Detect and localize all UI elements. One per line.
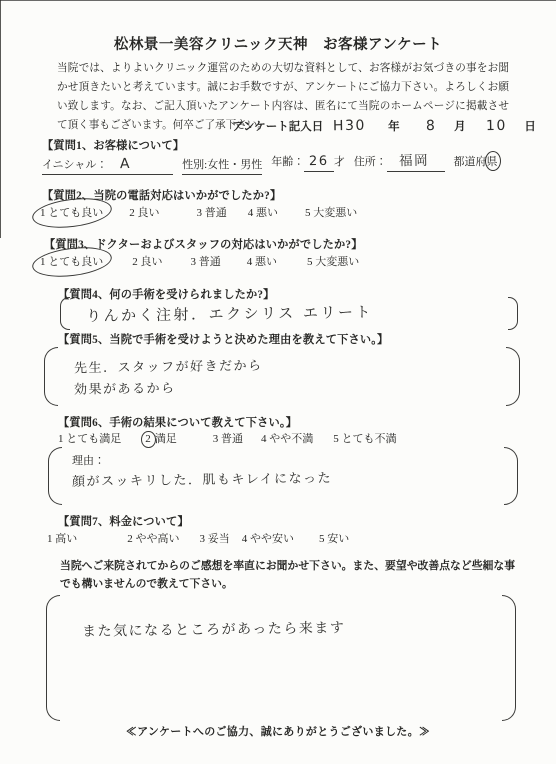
q6-option-2-label: 満足 <box>155 433 177 445</box>
survey-sheet: 松林景一美容クリニック天神 お客様アンケート 当院では、よりよいクリニック運営の… <box>0 0 556 764</box>
q4-answer-box: りんかく注射．エクシリス エリート <box>60 297 518 330</box>
q3-option-3: 3 普通 <box>191 253 221 269</box>
date-month-handwriting: 8 <box>426 118 437 134</box>
q4-answer-handwriting: りんかく注射．エクシリス エリート <box>86 301 373 326</box>
q5-answer-line2-handwriting: 効果があるから <box>74 377 176 397</box>
q6-options: 1 とても満足 2満足 3 普通 4 やや不満 5 とても不満 <box>58 430 397 446</box>
q5-answer-box: 先生．スタッフが好きだから 効果があるから <box>44 347 520 406</box>
q1-fields-row: イニシャル： A 性別:女性・男性 年齢：26才 住所：福岡 都道府県 <box>42 149 498 175</box>
q6-heading: 【質問6、手術の結果について教えて下さい。】 <box>58 414 297 430</box>
q2-option-4: 4 悪い <box>248 204 278 220</box>
address-label: 住所： <box>354 156 387 168</box>
age-field: 年齢：26才 <box>271 153 345 175</box>
q6-reason-label: 理由： <box>72 452 105 468</box>
left-paren <box>60 297 70 330</box>
q3-option-2: 2 良い <box>132 253 162 269</box>
q2-option-2: 2 良い <box>129 204 159 220</box>
q3-option-4: 4 悪い <box>247 253 277 269</box>
q7-heading: 【質問7、料金について】 <box>58 513 189 529</box>
feedback-prompt: 当院へご来院されてからのご感想を率直にお聞かせ下さい。また、要望や改善点など些細… <box>60 558 515 594</box>
date-day-unit: 日 <box>524 118 536 134</box>
gender-label: 性別:女性・男性 <box>182 159 262 171</box>
q7-option-2: 2 やや高い <box>127 530 179 546</box>
q5-heading: 【質問5、当院で手術を受けようと決めた理由を教えて下さい。】 <box>58 331 388 347</box>
date-month-unit: 月 <box>454 118 466 134</box>
q7-option-3: 3 妥当 <box>200 530 230 546</box>
left-paren <box>46 595 60 721</box>
q6-reason-box: 理由： 顔がスッキリした．肌もキレイになった <box>48 447 518 505</box>
q3-option-1-label: 1 とても良い <box>40 256 103 268</box>
date-label: アンケート記入日 <box>232 118 323 134</box>
q6-option-1: 1 とても満足 <box>58 430 121 446</box>
initial-field: イニシャル： A <box>42 156 173 175</box>
q2-options: 1 とても良い 2 良い 3 普通 4 悪い 5 大変悪い <box>40 204 357 220</box>
closing-text: ≪アンケートへのご協力、誠にありがとうございました。≫ <box>0 723 556 739</box>
page-title: 松林景一美容クリニック天神 お客様アンケート <box>0 33 556 54</box>
q6-circled-number: 2 <box>145 433 151 445</box>
q2-option-1-label: 1 とても良い <box>40 207 103 219</box>
q7-option-5: 5 安い <box>319 530 349 546</box>
address-field: 住所：福岡 都道府県 <box>354 149 498 175</box>
initial-handwriting: A <box>120 156 131 172</box>
date-line: アンケート記入日 H30 年 8 月 10 日 <box>232 118 536 134</box>
q6-option-4: 4 やや不満 <box>261 430 313 446</box>
q5-answer-line1-handwriting: 先生．スタッフが好きだから <box>74 355 263 377</box>
age-handwriting: 26 <box>309 154 329 169</box>
address-handwriting: 福岡 <box>399 149 429 169</box>
q6-option-3: 3 普通 <box>213 430 243 446</box>
q2-option-5: 5 大変悪い <box>305 204 357 220</box>
left-paren <box>44 347 58 406</box>
q7-option-1: 1 高い <box>47 530 77 546</box>
feedback-answer-handwriting: また気になるところがあったら来ます <box>82 617 346 641</box>
q3-options: 1 とても良い 2 良い 3 普通 4 悪い 5 大変悪い <box>40 253 359 269</box>
right-paren <box>504 447 518 505</box>
left-paren <box>48 447 62 505</box>
gender-field: 性別:女性・男性 <box>182 156 262 175</box>
age-label: 年齢： <box>271 156 304 168</box>
right-paren <box>506 347 520 406</box>
date-year-handwriting: H30 <box>333 118 366 134</box>
q6-option-2: 2満足 <box>145 430 177 446</box>
right-paren <box>502 595 516 721</box>
q3-option-1-circled: 1 とても良い <box>40 253 103 269</box>
right-paren <box>508 297 518 330</box>
q2-option-3: 3 普通 <box>197 204 227 220</box>
q2-option-1-circled: 1 とても良い <box>40 204 103 220</box>
q7-option-4: 4 やや安い <box>242 530 294 546</box>
q6-reason-handwriting: 顔がスッキリした．肌もキレイになった <box>72 467 332 490</box>
circled-ken: 県 <box>487 153 498 169</box>
date-day-handwriting: 10 <box>485 118 506 134</box>
date-year-unit: 年 <box>388 118 400 134</box>
q7-options: 1 高い 2 やや高い 3 妥当 4 やや安い 5 安い <box>47 530 349 546</box>
age-unit: 才 <box>334 156 345 168</box>
feedback-answer-box: また気になるところがあったら来ます <box>46 595 516 721</box>
q6-option-5: 5 とても不満 <box>333 430 396 446</box>
prefecture-suffix: 都道府県 <box>454 156 498 168</box>
scan-edge-top <box>0 0 556 1</box>
q3-option-5: 5 大変悪い <box>307 253 359 269</box>
initial-label: イニシャル： <box>42 159 107 171</box>
